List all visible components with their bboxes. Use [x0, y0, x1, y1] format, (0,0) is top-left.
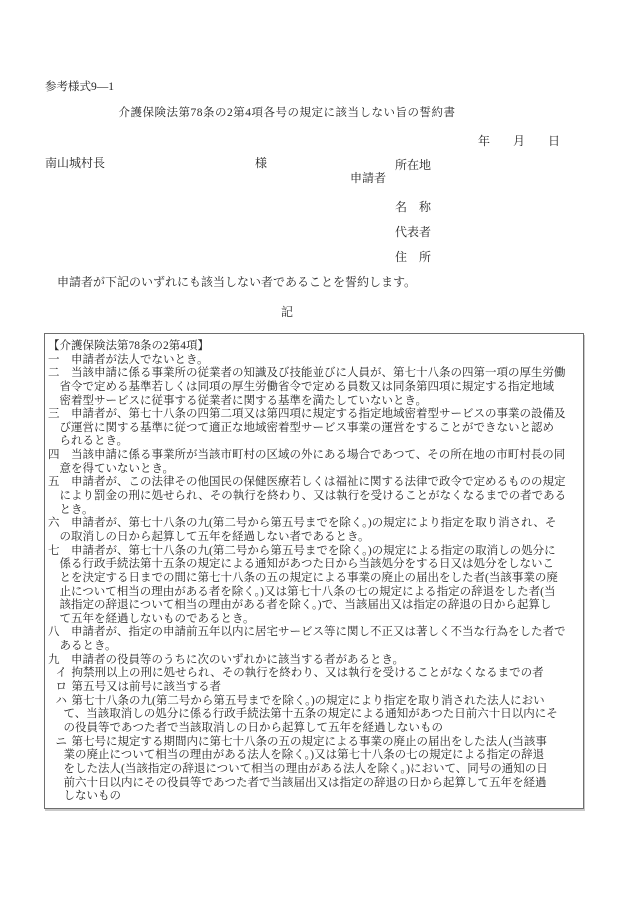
- clause-number: 三: [48, 408, 71, 422]
- clause-text: 申請者が、指定の申請前五年以内に居宅サービス等に関し不正又は著しく不当な行為をし…: [60, 626, 566, 652]
- clause-item-3: 三申請者が、第七十八条の四第二項又は第四項に規定する指定地域密着型サービスの事業…: [48, 408, 581, 449]
- clause-number: 八: [48, 626, 71, 640]
- clause-text: 申請者が、第七十八条の九(第二号から第五号までを除く。)の規定による指定の取消し…: [60, 545, 558, 625]
- clause-number: 四: [48, 449, 71, 463]
- clause-item-4: 四当該申請に係る事業所が当該市町村の区域の外にある場合であつて、その所在地の市町…: [48, 449, 581, 476]
- applicant-representative-label: 代表者: [395, 223, 431, 240]
- addressee-honorific: 様: [255, 154, 267, 171]
- clause-text: 申請者が、第七十八条の四第二項又は第四項に規定する指定地域密着型サービスの事業の…: [60, 408, 566, 447]
- subclause-text: 第五号又は前号に該当する者: [72, 681, 222, 693]
- pledge-statement: 申請者が下記のいずれにも該当しない者であることを誓約します。: [45, 273, 416, 290]
- clause-subitem-i: イ拘禁刑以上の刑に処せられ、その執行を終わり、又は執行を受けることがなくなるまで…: [48, 667, 581, 681]
- applicant-name-label: 名 称: [395, 198, 431, 215]
- clause-number: 六: [48, 517, 71, 531]
- clause-item-8: 八申請者が、指定の申請前五年以内に居宅サービス等に関し不正又は著しく不当な行為を…: [48, 626, 581, 653]
- subclause-letter: イ: [56, 667, 72, 681]
- clause-text: 当該申請に係る事業所が当該市町村の区域の外にある場合であつて、その所在地の市町村…: [60, 449, 566, 475]
- date-day-label: 日: [548, 132, 560, 149]
- clause-text: 申請者の役員等のうちに次のいずれかに該当する者があるとき。: [71, 654, 404, 666]
- clause-number: 一: [48, 354, 71, 368]
- subclause-text: 第七十八条の九(第二号から第五号までを除く。)の規定により指定を取り消された法人…: [64, 695, 558, 734]
- subclause-text: 拘禁刑以上の刑に処せられ、その執行を終わり、又は執行を受けることがなくなるまでの…: [72, 667, 544, 679]
- ki-marker: 記: [0, 303, 574, 320]
- date-line: 年 月 日: [478, 132, 560, 149]
- law-excerpt-box: 【介護保険法第78条の2第4項】 一申請者が法人でないとき。 二当該申請に係る事…: [44, 333, 584, 809]
- clause-item-7: 七申請者が、第七十八条の九(第二号から第五号までを除く。)の規定による指定の取消…: [48, 545, 581, 627]
- clause-item-9: 九申請者の役員等のうちに次のいずれかに該当する者があるとき。: [48, 654, 581, 668]
- clause-text: 当該申請に係る事業所の従業者の知識及び技能並びに人員が、第七十八条の四第一項の厚…: [60, 367, 566, 406]
- date-month-label: 月: [513, 132, 525, 149]
- subclause-letter: ハ: [56, 695, 72, 709]
- subclause-letter: ロ: [56, 681, 72, 695]
- addressee-name: 南山城村長: [45, 156, 105, 170]
- addressee-line: 南山城村長 様: [45, 154, 105, 171]
- document-title: 介護保険法第78条の2第4項各号の規定に該当しない旨の誓約書: [0, 104, 574, 120]
- applicant-location-label: 所在地: [395, 156, 431, 173]
- pledge-document-page: 参考様式9―1 介護保険法第78条の2第4項各号の規定に該当しない旨の誓約書 年…: [0, 0, 630, 903]
- subclause-text: 第七号に規定する期間内に第七十八条の五の規定による事業の廃止の届出をした法人(当…: [64, 736, 548, 803]
- clause-item-1: 一申請者が法人でないとき。: [48, 354, 581, 368]
- clause-subitem-ro: ロ第五号又は前号に該当する者: [48, 681, 581, 695]
- clause-subitem-ha: ハ第七十八条の九(第二号から第五号までを除く。)の規定により指定を取り消された法…: [48, 695, 581, 736]
- clause-number: 七: [48, 545, 71, 559]
- clause-item-2: 二当該申請に係る事業所の従業者の知識及び技能並びに人員が、第七十八条の四第一項の…: [48, 367, 581, 408]
- applicant-label: 申請者: [350, 169, 386, 186]
- clause-text: 申請者が、第七十八条の九(第二号から第五号までを除く。)の規定により指定を取り消…: [60, 517, 557, 543]
- clause-number: 二: [48, 367, 71, 381]
- clause-text: 申請者が、この法律その他国民の保健医療若しくは福祉に関する法律で政令で定めるもの…: [60, 476, 567, 515]
- law-box-heading: 【介護保険法第78条の2第4項】: [48, 340, 581, 354]
- subclause-letter: ニ: [56, 736, 72, 750]
- clause-number: 五: [48, 476, 71, 490]
- clause-subitem-ni: ニ第七号に規定する期間内に第七十八条の五の規定による事業の廃止の届出をした法人(…: [48, 736, 581, 804]
- clause-number: 九: [48, 654, 71, 668]
- date-year-label: 年: [478, 132, 490, 149]
- clause-item-5: 五申請者が、この法律その他国民の保健医療若しくは福祉に関する法律で政令で定めるも…: [48, 476, 581, 517]
- form-number: 参考様式9―1: [45, 78, 114, 94]
- applicant-address-label: 住 所: [395, 248, 431, 265]
- clause-item-6: 六申請者が、第七十八条の九(第二号から第五号までを除く。)の規定により指定を取り…: [48, 517, 581, 544]
- clause-text: 申請者が法人でないとき。: [71, 354, 209, 366]
